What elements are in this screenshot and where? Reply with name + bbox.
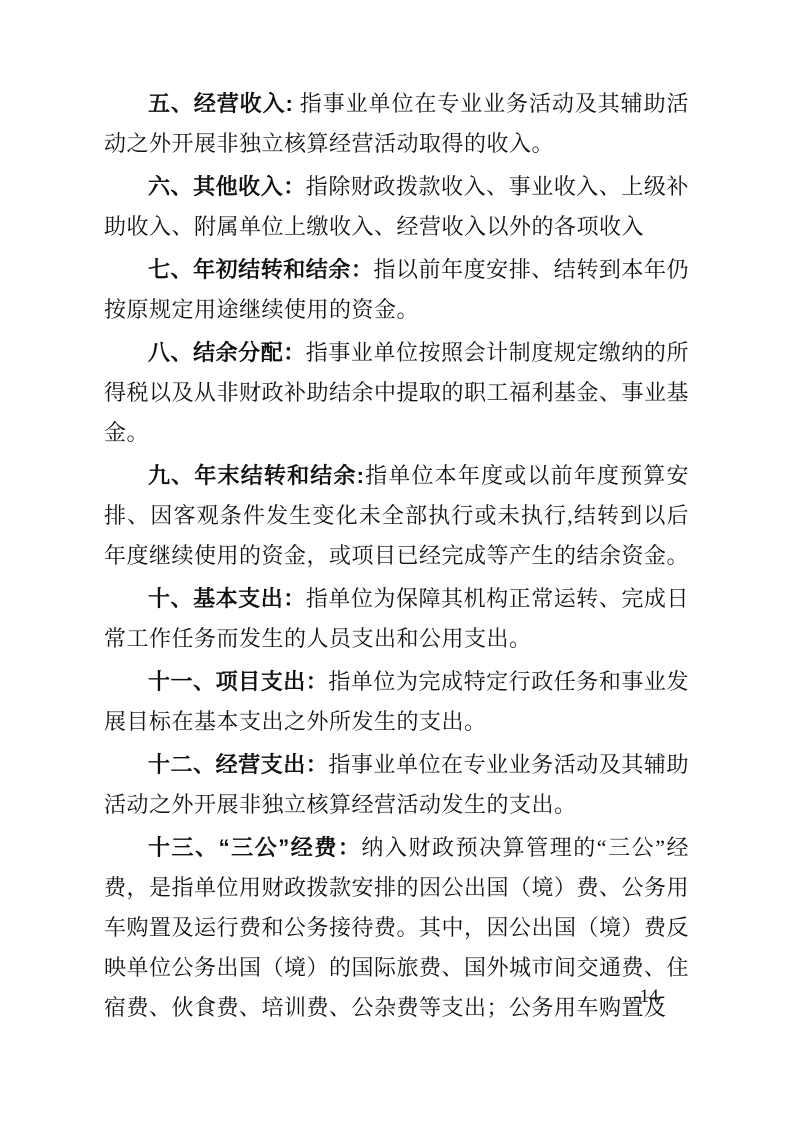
paragraph-operating-expenditure: 十二、经营支出：指事业单位在专业业务活动及其辅助活动之外开展非独立核算经营活动发… — [104, 745, 689, 825]
paragraph-beginning-carryover: 七、年初结转和结余：指以前年度安排、结转到本年仍按原规定用途继续使用的资金。 — [104, 250, 689, 330]
document-page: 五、经营收入: 指事业单位在专业业务活动及其辅助活动之外开展非独立核算经营活动取… — [0, 0, 793, 1122]
page-content: 五、经营收入: 指事业单位在专业业务活动及其辅助活动之外开展非独立核算经营活动取… — [104, 84, 689, 1028]
term-label: 十二、经营支出： — [148, 752, 328, 777]
term-label: 十、基本支出： — [148, 586, 306, 611]
term-label: 七、年初结转和结余： — [148, 257, 373, 282]
term-label: 六、其他收入： — [148, 174, 306, 199]
paragraph-other-income: 六、其他收入：指除财政拨款收入、事业收入、上级补助收入、附属单位上缴收入、经营收… — [104, 167, 689, 247]
paragraph-three-public-funds: 十三、“三公”经费：纳入财政预决算管理的“三公”经费，是指单位用财政拨款安排的因… — [104, 828, 689, 1028]
paragraph-operating-income: 五、经营收入: 指事业单位在专业业务活动及其辅助活动之外开展非独立核算经营活动取… — [104, 84, 689, 164]
paragraph-yearend-carryover: 九、年末结转和结余:指单位本年度或以前年度预算安排、因客观条件发生变化未全部执行… — [104, 456, 689, 576]
term-label: 十一、项目支出： — [148, 669, 328, 694]
paragraph-basic-expenditure: 十、基本支出：指单位为保障其机构正常运转、完成日常工作任务而发生的人员支出和公用… — [104, 579, 689, 659]
term-label: 九、年末结转和结余: — [148, 463, 364, 488]
term-label: 十三、“三公”经费： — [148, 835, 361, 860]
term-label: 五、经营收入: — [148, 91, 293, 116]
paragraph-surplus-distribution: 八、结余分配：指事业单位按照会计制度规定缴纳的所得税以及从非财政补助结余中提取的… — [104, 333, 689, 453]
paragraph-text: 纳入财政预决算管理的“三公”经费，是指单位用财政拨款安排的因公出国（境）费、公务… — [104, 835, 689, 1020]
term-label: 八、结余分配： — [148, 340, 306, 365]
page-number: -14- — [633, 986, 665, 1008]
paragraph-project-expenditure: 十一、项目支出：指单位为完成特定行政任务和事业发展目标在基本支出之外所发生的支出… — [104, 662, 689, 742]
